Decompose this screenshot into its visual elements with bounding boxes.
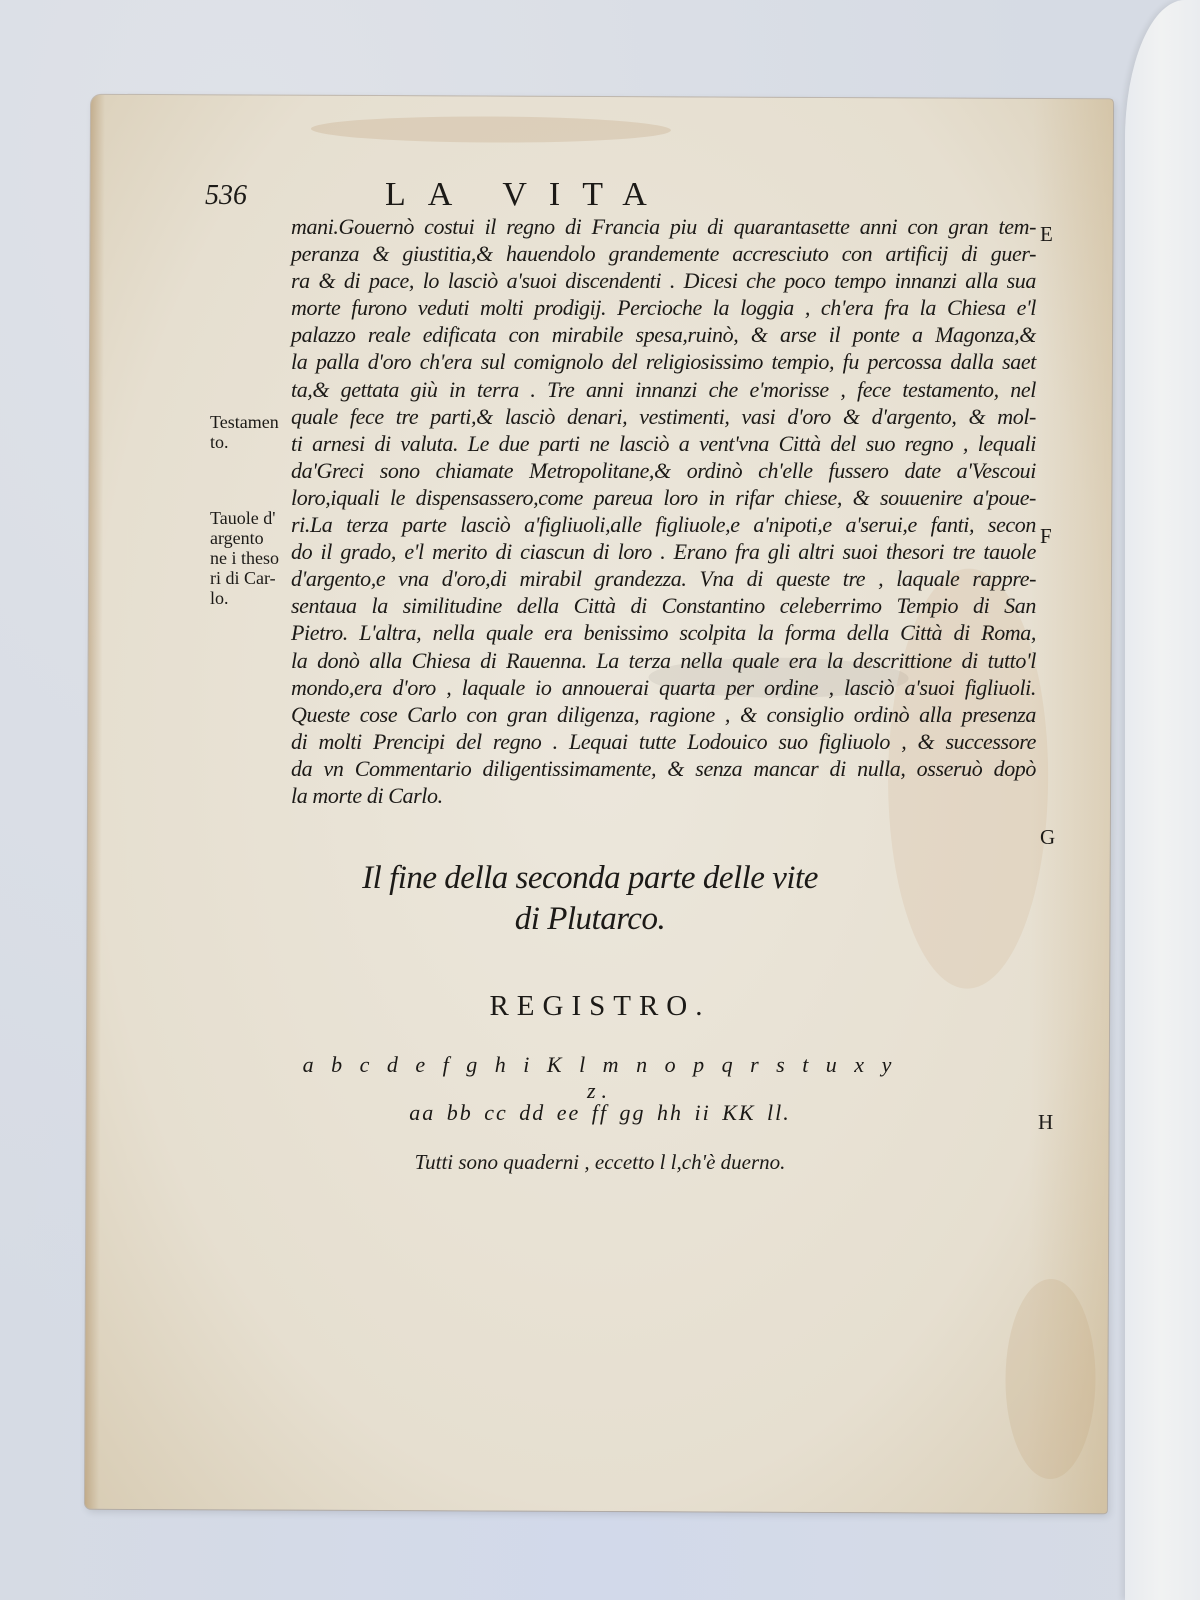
text-line: palazzo reale edificata con mirabile spe… — [291, 321, 1036, 348]
signature-mark-h: H — [1038, 1110, 1053, 1135]
colophon-line-1: Il fine della seconda parte delle vite — [250, 858, 930, 899]
text-line: sentaua la similitudine della Città di C… — [291, 592, 1036, 619]
text-line: peranza & giustitia,& hauendolo grandeme… — [291, 240, 1036, 267]
text-line: la donò alla Chiesa di Rauenna. La terza… — [291, 647, 1036, 674]
text-line: ti arnesi di valuta. Le due parti ne las… — [291, 430, 1036, 457]
registro-note: Tutti sono quaderni , eccetto l l,ch'è d… — [300, 1150, 900, 1175]
text-line: quale fece tre parti,& lasciò denari, ve… — [291, 403, 1036, 430]
folio-number: 536 — [205, 180, 247, 212]
text-line: do il grado, e'l merito di ciascun di lo… — [291, 538, 1036, 565]
text-line: ra & di pace, lo lasciò a'suoi discenden… — [291, 267, 1036, 294]
text-line: ri.La terza parte lasciò a'figliuoli,all… — [291, 511, 1036, 538]
text-line: Pietro. L'altra, nella quale era benissi… — [291, 619, 1036, 646]
text-line: la morte di Carlo. — [291, 782, 1036, 809]
body-text: mani.Gouernò costui il regno di Francia … — [291, 213, 1036, 809]
text-line: Queste cose Carlo con gran diligenza, ra… — [291, 701, 1036, 728]
text-line: mani.Gouernò costui il regno di Francia … — [291, 213, 1036, 240]
text-line: ta,& gettata giù in terra . Tre anni inn… — [291, 376, 1036, 403]
text-line: da vn Commentario diligentissimamente, &… — [291, 755, 1036, 782]
marginal-note-tauole: Tauole d' argento ne i theso ri di Car- … — [210, 508, 279, 608]
running-title: LA VITA — [385, 176, 669, 214]
text-line: mondo,era d'oro , laquale io annouerai q… — [291, 674, 1036, 701]
registro-heading: REGISTRO. — [300, 990, 900, 1023]
text-line: di molti Prencipi del regno . Lequai tut… — [291, 728, 1036, 755]
signature-mark-e: E — [1040, 222, 1053, 247]
registro-double-signatures: aa bb cc dd ee ff gg hh ii KK ll. — [300, 1100, 900, 1126]
text-line: d'argento,e vna d'oro,di mirabil grandez… — [291, 565, 1036, 592]
text-line: la palla d'oro ch'era sul comignolo del … — [291, 348, 1036, 375]
colophon-line-2: di Plutarco. — [250, 899, 930, 940]
colophon: Il fine della seconda parte delle vite d… — [250, 858, 930, 940]
facing-vellum-binding — [1125, 0, 1200, 1600]
registro-signatures: a b c d e f g h i K l m n o p q r s t u … — [300, 1052, 900, 1104]
marginal-note-testamento: Testamen to. — [210, 412, 279, 452]
text-line: da'Greci sono chiamate Metropolitane,& o… — [291, 457, 1036, 484]
signature-mark-g: G — [1040, 825, 1055, 850]
text-line: loro,iquali le dispensassero,come pareua… — [291, 484, 1036, 511]
text-line: morte furono veduti molti prodigij. Perc… — [291, 294, 1036, 321]
signature-mark-f: F — [1040, 524, 1052, 549]
